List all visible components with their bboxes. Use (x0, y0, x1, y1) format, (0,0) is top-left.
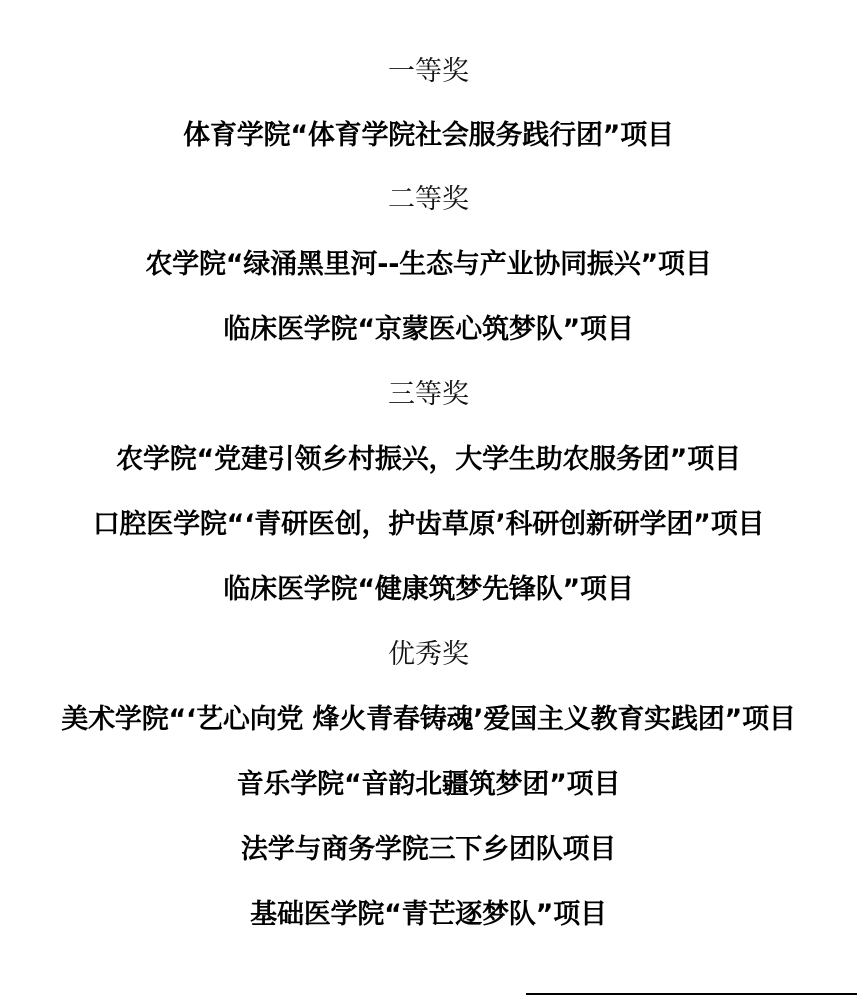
award-entry: 基础医学院“青芒逐梦队”项目 (0, 901, 857, 928)
award-entry: 临床医学院“健康筑梦先锋队”项目 (0, 576, 857, 603)
award-heading-excellence-prize: 优秀奖 (0, 641, 857, 668)
award-entry: 音乐学院“音韵北疆筑梦团”项目 (0, 771, 857, 798)
award-heading-second-prize: 二等奖 (0, 186, 857, 213)
award-entry: 农学院“党建引领乡村振兴，大学生助农服务团”项目 (0, 446, 857, 473)
award-heading-third-prize: 三等奖 (0, 381, 857, 408)
award-heading-first-prize: 一等奖 (0, 58, 857, 85)
award-list-document: 一等奖 体育学院“体育学院社会服务践行团”项目 二等奖 农学院“绿涌黑里河--生… (0, 0, 857, 995)
award-entry: 农学院“绿涌黑里河--生态与产业协同振兴”项目 (0, 251, 857, 278)
award-entry: 法学与商务学院三下乡团队项目 (0, 836, 857, 863)
award-entry: 体育学院“体育学院社会服务践行团”项目 (0, 122, 857, 149)
award-entry: 口腔医学院“‘青研医创，护齿草原’科研创新研学团”项目 (0, 511, 857, 538)
award-entry: 美术学院“‘艺心向党 烽火青春铸魂’爱国主义教育实践团”项目 (0, 706, 857, 733)
award-entry: 临床医学院“京蒙医心筑梦队”项目 (0, 316, 857, 343)
